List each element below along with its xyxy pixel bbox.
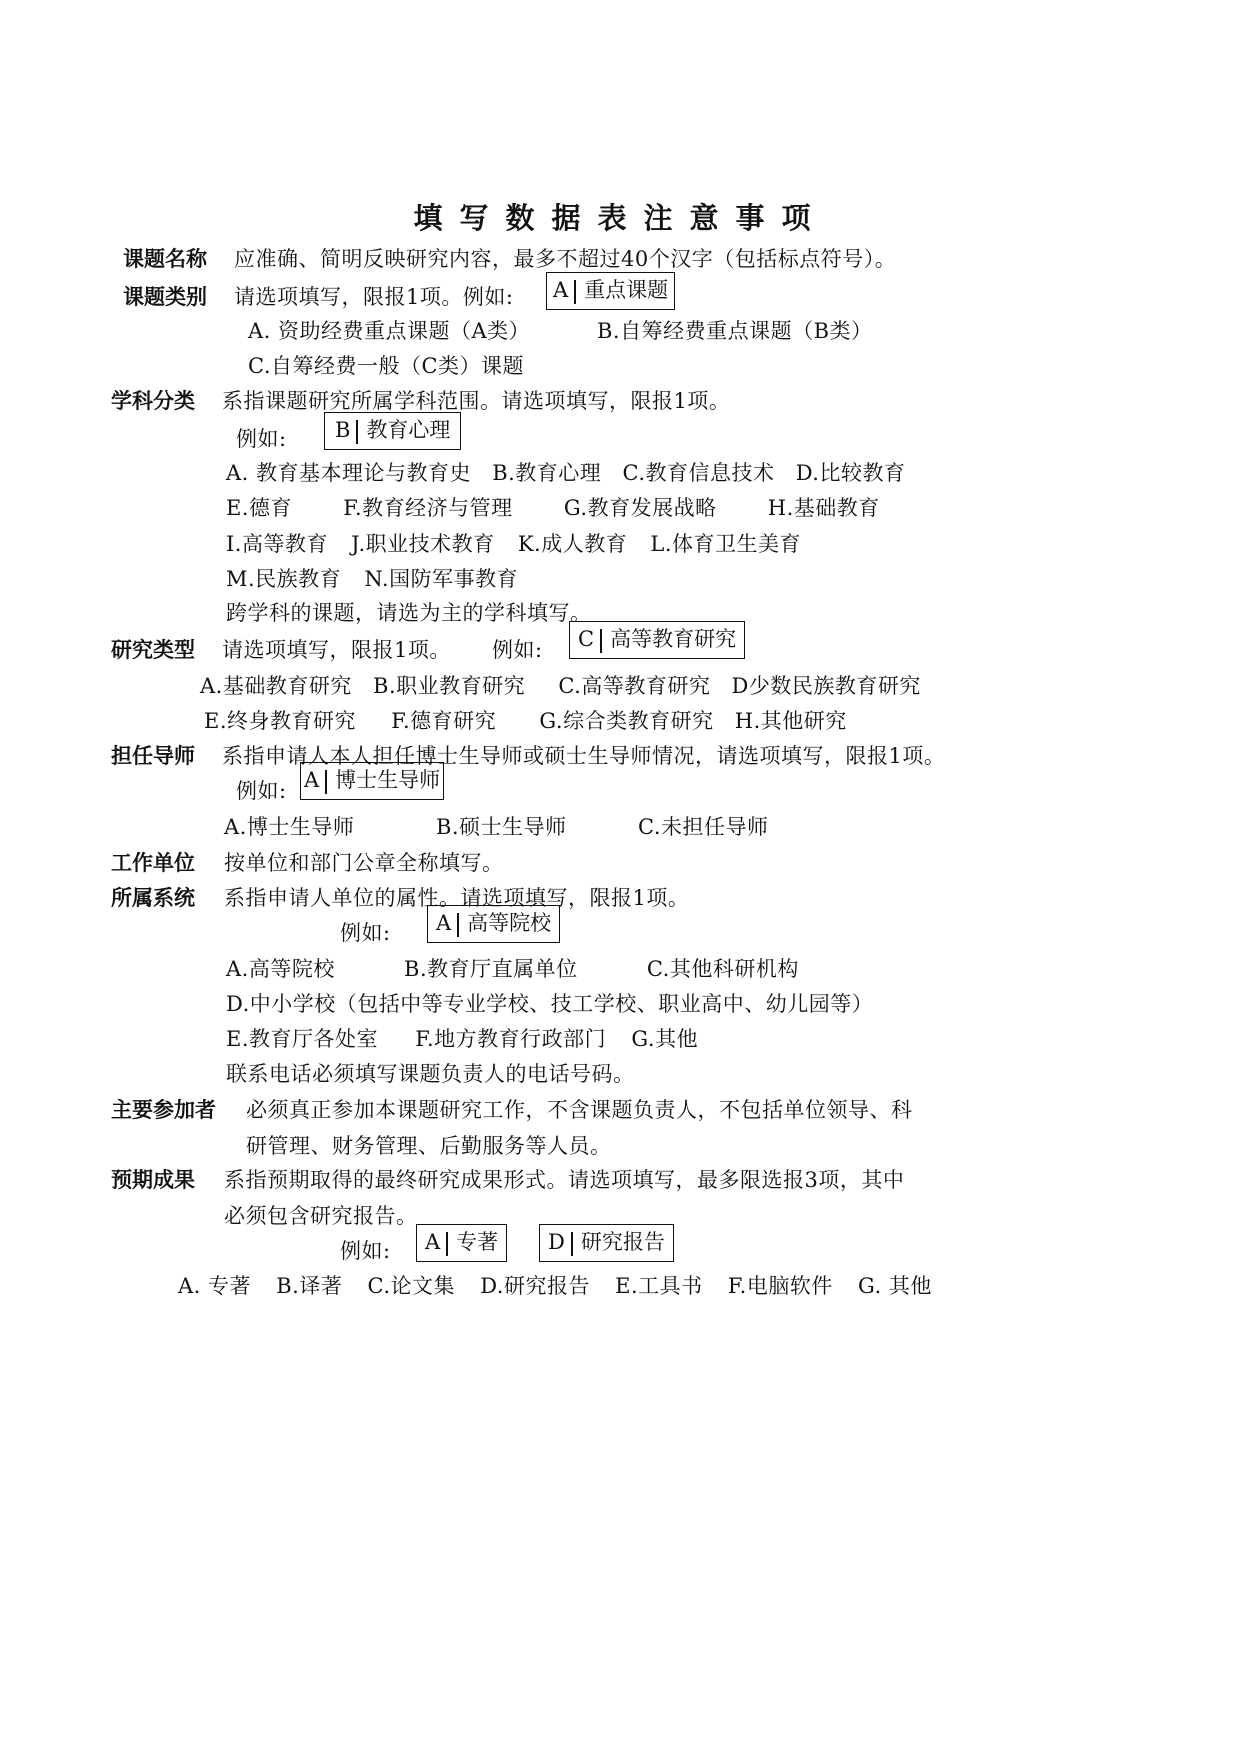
page-title: 填写数据表注意事项	[0, 196, 1241, 237]
option: C.其他科研机构	[647, 953, 799, 983]
example-value: 教育心理	[366, 418, 450, 442]
example-code: D	[548, 1230, 565, 1254]
expected-results-text-1: 系指预期取得的最终研究成果形式。请选项填写，最多限选报3项，其中	[224, 1164, 904, 1194]
separator-bar	[325, 770, 327, 794]
example-box-topic-category: A重点课题	[546, 272, 675, 310]
option-row: E.终身教育研究 F.德育研究 G.综合类教育研究 H.其他研究	[204, 705, 847, 735]
expected-results-text-2: 必须包含研究报告。	[224, 1200, 418, 1230]
option: D.研究报告	[480, 1270, 590, 1300]
option: B.硕士生导师	[436, 811, 567, 841]
option: A.博士生导师	[224, 811, 354, 841]
example-value: 博士生导师	[335, 768, 440, 792]
example-value: 研究报告	[581, 1230, 665, 1254]
option-row: M.民族教育 N.国防军事教育	[226, 563, 518, 593]
label-work-unit: 工作单位	[111, 847, 195, 877]
option: N.国防军事教育	[364, 563, 518, 593]
option: G.综合类教育研究	[539, 705, 713, 735]
participants-text-2: 研管理、财务管理、后勤服务等人员。	[246, 1130, 612, 1160]
example-value: 专著	[456, 1230, 498, 1254]
research-type-text: 请选项填写，限报1项。	[222, 634, 451, 664]
option-row: A. 专著 B.译著 C.论文集 D.研究报告 E.工具书 F.电脑软件 G. …	[178, 1270, 932, 1300]
option: F.教育经济与管理	[343, 492, 512, 522]
example-prefix: 例如:	[340, 917, 391, 947]
separator-bar	[446, 1232, 448, 1256]
separator-bar	[600, 629, 602, 653]
separator-bar	[457, 913, 459, 937]
example-code: B	[335, 418, 350, 442]
example-box-research-type: C高等教育研究	[569, 621, 745, 659]
option: A.高等院校	[226, 953, 335, 983]
option-row: A.基础教育研究 B.职业教育研究 C.高等教育研究 D少数民族教育研究	[200, 670, 921, 700]
option-row: A. 教育基本理论与教育史 B.教育心理 C.教育信息技术 D.比较教育	[226, 457, 905, 487]
option: F.地方教育行政部门	[415, 1023, 606, 1053]
work-unit-text: 按单位和部门公章全称填写。	[224, 847, 504, 877]
option: A. 专著	[178, 1270, 251, 1300]
option: E.终身教育研究	[204, 705, 356, 735]
option: G. 其他	[858, 1270, 932, 1300]
option-row: I.高等教育 J.职业技术教育 K.成人教育 L.体育卫生美育	[226, 528, 801, 558]
option: E.德育	[226, 492, 292, 522]
option: C.未担任导师	[638, 811, 769, 841]
label-supervisor: 担任导师	[111, 740, 195, 770]
example-value: 高等教育研究	[610, 627, 736, 651]
example-prefix: 例如:	[492, 634, 543, 664]
separator-bar	[571, 1232, 573, 1256]
option: K.成人教育	[518, 528, 627, 558]
example-box-system: A高等院校	[427, 905, 560, 943]
label-expected-results: 预期成果	[111, 1164, 195, 1194]
option-row: E.德育 F.教育经济与管理 G.教育发展战略 H.基础教育	[226, 492, 880, 522]
option: C.教育信息技术	[623, 457, 775, 487]
option: J.职业技术教育	[351, 528, 494, 558]
option-row: E.教育厅各处室 F.地方教育行政部门 G.其他	[226, 1023, 698, 1053]
option: H.基础教育	[768, 492, 880, 522]
option: F.德育研究	[391, 705, 496, 735]
example-code: A	[304, 768, 319, 792]
label-system: 所属系统	[111, 882, 195, 912]
label-participants: 主要参加者	[111, 1094, 216, 1124]
discipline-text: 系指课题研究所属学科范围。请选项填写，限报1项。	[222, 385, 730, 415]
option: B.自筹经费重点课题（B类）	[597, 315, 873, 345]
example-prefix: 例如:	[340, 1235, 391, 1265]
label-topic-name: 课题名称	[123, 243, 207, 273]
example-code: C	[578, 627, 594, 651]
option: E.教育厅各处室	[226, 1023, 378, 1053]
separator-bar	[574, 280, 576, 304]
option: M.民族教育	[226, 563, 341, 593]
topic-name-text: 应准确、简明反映研究内容，最多不超过40个汉字（包括标点符号）。	[234, 243, 896, 273]
option: L.体育卫生美育	[650, 528, 801, 558]
separator-bar	[356, 420, 358, 444]
label-research-type: 研究类型	[111, 634, 195, 664]
example-box-result-1: A专著	[416, 1224, 507, 1262]
option: C.高等教育研究	[558, 670, 710, 700]
option: A. 资助经费重点课题（A类）	[248, 315, 530, 345]
discipline-note: 跨学科的课题，请选为主的学科填写。	[226, 597, 592, 627]
option: F.电脑软件	[728, 1270, 833, 1300]
example-code: A	[425, 1230, 440, 1254]
option: D少数民族教育研究	[732, 670, 921, 700]
option-row: A.高等院校 B.教育厅直属单位 C.其他科研机构	[226, 953, 799, 983]
label-discipline: 学科分类	[111, 385, 195, 415]
option: D.比较教育	[796, 457, 906, 487]
option: C.论文集	[368, 1270, 456, 1300]
option: B.教育心理	[492, 457, 601, 487]
example-value: 高等院校	[467, 911, 551, 935]
example-box-result-2: D研究报告	[539, 1224, 674, 1262]
option: B.职业教育研究	[373, 670, 525, 700]
topic-category-text: 请选项填写，限报1项。例如:	[234, 281, 513, 311]
example-code: A	[553, 278, 568, 302]
system-note: 联系电话必须填写课题负责人的电话号码。	[226, 1058, 635, 1088]
label-topic-category: 课题类别	[123, 281, 207, 311]
example-prefix: 例如:	[236, 423, 287, 453]
option: G.其他	[631, 1023, 698, 1053]
option: A.基础教育研究	[200, 670, 352, 700]
option: H.其他研究	[735, 705, 847, 735]
option: C.自筹经费一般（C类）课题	[248, 350, 524, 380]
example-box-discipline: B教育心理	[324, 412, 461, 450]
example-code: A	[436, 911, 451, 935]
option: G.教育发展战略	[564, 492, 717, 522]
example-prefix: 例如:	[236, 775, 287, 805]
option: B.译著	[276, 1270, 342, 1300]
example-box-supervisor: A博士生导师	[300, 762, 444, 800]
option: D.中小学校（包括中等专业学校、技工学校、职业高中、幼儿园等）	[226, 988, 873, 1018]
example-value: 重点课题	[584, 278, 668, 302]
option: I.高等教育	[226, 528, 328, 558]
participants-text-1: 必须真正参加本课题研究工作，不含课题负责人，不包括单位领导、科	[246, 1094, 913, 1124]
option: B.教育厅直属单位	[404, 953, 578, 983]
option: E.工具书	[615, 1270, 703, 1300]
option: A. 教育基本理论与教育史	[226, 457, 471, 487]
